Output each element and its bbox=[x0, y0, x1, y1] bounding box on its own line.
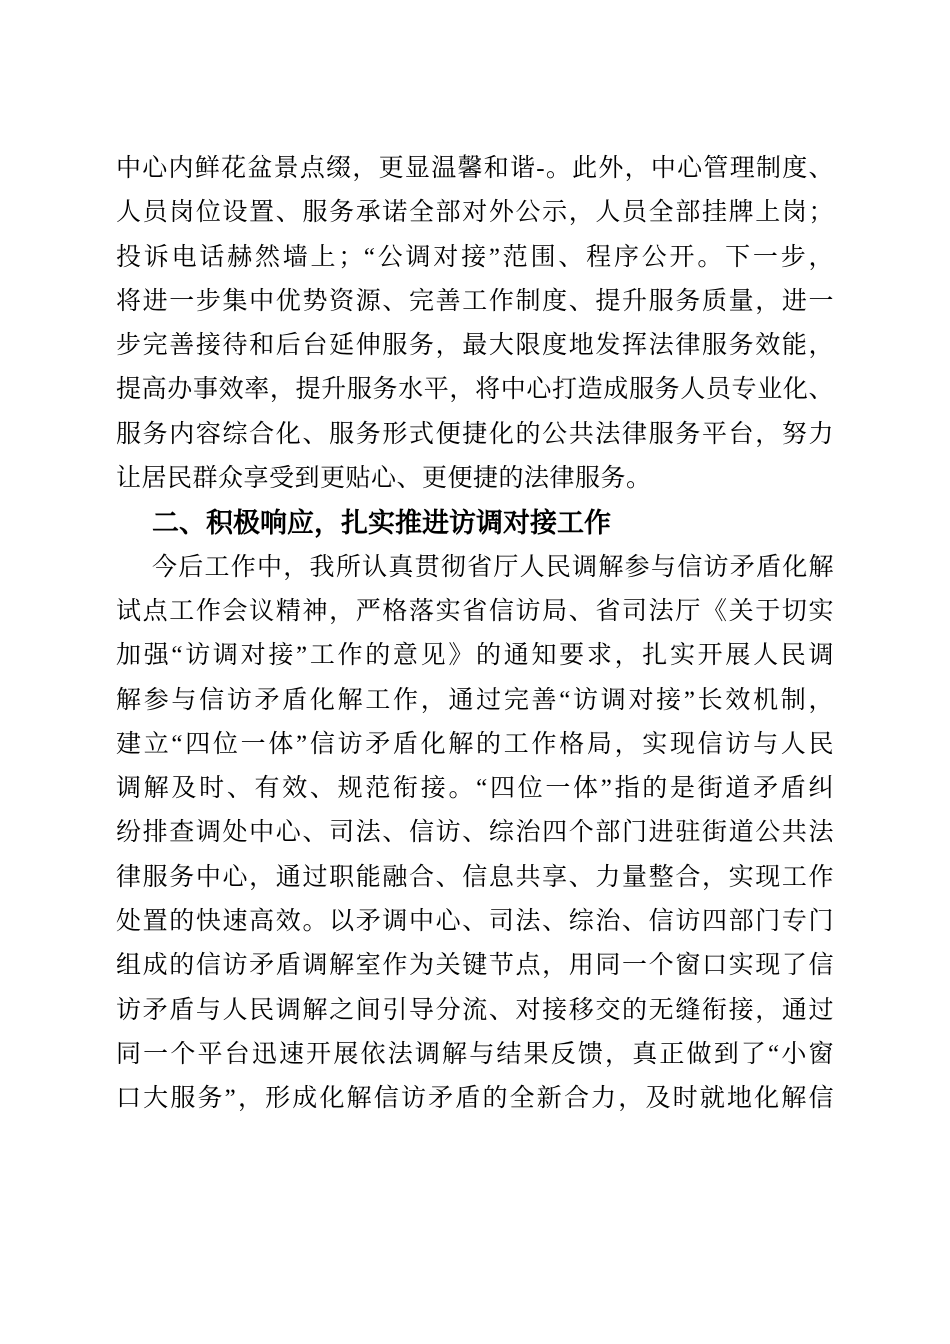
body-line: 同一个平台迅速开展依法调解与结果反馈，真正做到了“小窗 bbox=[116, 1033, 834, 1077]
body-line: 将进一步集中优势资源、完善工作制度、提升服务质量，进一 bbox=[116, 280, 834, 324]
document-page: 中心内鲜花盆景点缀，更显温馨和谐-。此外，中心管理制度、 人员岗位设置、服务承诺… bbox=[0, 0, 950, 1344]
body-line: 纷排查调处中心、司法、信访、综治四个部门进驻街道公共法 bbox=[116, 811, 834, 855]
section-heading: 二、积极响应，扎实推进访调对接工作 bbox=[116, 501, 834, 545]
body-line: 试点工作会议精神，严格落实省信访局、省司法厅《关于切实 bbox=[116, 590, 834, 634]
body-line: 今后工作中，我所认真贯彻省厅人民调解参与信访矛盾化解 bbox=[116, 546, 834, 590]
body-line: 律服务中心，通过职能融合、信息共享、力量整合，实现工作 bbox=[116, 856, 834, 900]
body-line: 投诉电话赫然墙上；“公调对接”范围、程序公开。下一步， bbox=[116, 236, 834, 280]
body-line: 处置的快速高效。以矛调中心、司法、综治、信访四部门专门 bbox=[116, 900, 834, 944]
body-line: 让居民群众享受到更贴心、更便捷的法律服务。 bbox=[116, 457, 834, 501]
body-line: 中心内鲜花盆景点缀，更显温馨和谐-。此外，中心管理制度、 bbox=[116, 147, 834, 191]
body-line: 口大服务”，形成化解信访矛盾的全新合力，及时就地化解信 bbox=[116, 1077, 834, 1121]
body-line: 访矛盾与人民调解之间引导分流、对接移交的无缝衔接，通过 bbox=[116, 989, 834, 1033]
body-line: 建立“四位一体”信访矛盾化解的工作格局，实现信访与人民 bbox=[116, 723, 834, 767]
body-line: 步完善接待和后台延伸服务，最大限度地发挥法律服务效能， bbox=[116, 324, 834, 368]
body-line: 解参与信访矛盾化解工作，通过完善“访调对接”长效机制， bbox=[116, 679, 834, 723]
body-line: 提高办事效率，提升服务水平，将中心打造成服务人员专业化、 bbox=[116, 368, 834, 412]
body-line: 组成的信访矛盾调解室作为关键节点，用同一个窗口实现了信 bbox=[116, 944, 834, 988]
body-line: 服务内容综合化、服务形式便捷化的公共法律服务平台，努力 bbox=[116, 413, 834, 457]
body-line: 加强“访调对接”工作的意见》的通知要求，扎实开展人民调 bbox=[116, 634, 834, 678]
body-line: 调解及时、有效、规范衔接。“四位一体”指的是街道矛盾纠 bbox=[116, 767, 834, 811]
body-line: 人员岗位设置、服务承诺全部对外公示，人员全部挂牌上岗； bbox=[116, 191, 834, 235]
